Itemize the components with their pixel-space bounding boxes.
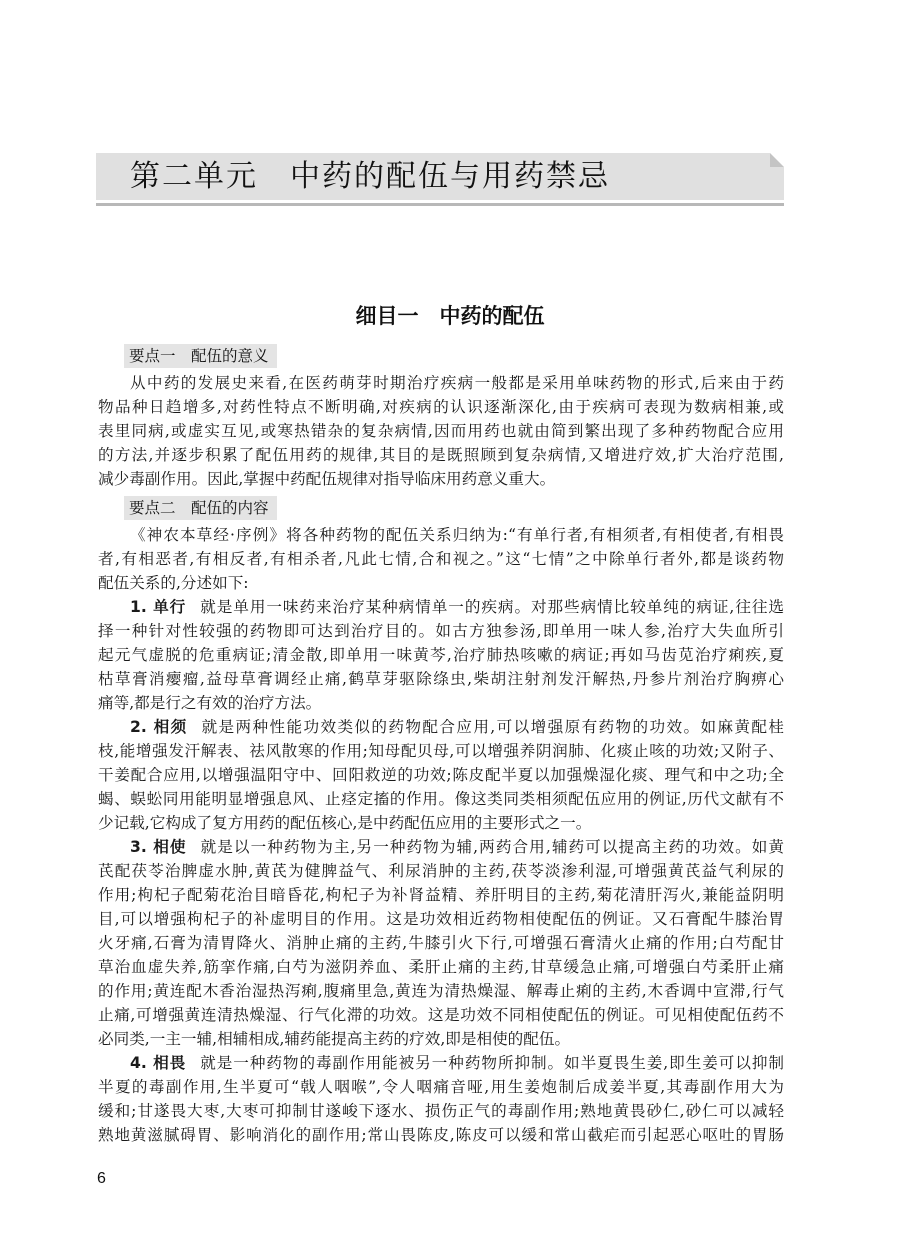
paragraph-text: 就是单用一味药来治疗某种病情单一的疾病。对那些病情比较单纯的病证,往往选 bbox=[200, 598, 784, 616]
item-term: 2. 相须 bbox=[130, 718, 188, 736]
paragraph-line: 火牙痛,石膏为清胃降火、消肿止痛的主药,牛膝引火下行,可增强石膏清火止痛的作用;… bbox=[98, 931, 784, 955]
item-term: 3. 相使 bbox=[130, 838, 187, 856]
paragraph-text: 就是一种药物的毒副作用能被另一种药物所抑制。如半夏畏生姜,即生姜可以抑制 bbox=[200, 1054, 784, 1072]
item-mutual-assistance-line: 3. 相使就是以一种药物为主,另一种药物为辅,两药合用,辅药可以提高主药的功效。… bbox=[130, 835, 784, 859]
paragraph-line: 的方法,并逐步积累了配伍用药的规律,其目的是既照顾到复杂病情,又增进疗效,扩大治… bbox=[98, 443, 784, 467]
paragraph-line: 表里同病,或虚实互见,或寒热错杂的复杂病情,因而用药也就由简到繁出现了多种药物配… bbox=[98, 419, 784, 443]
paragraph-line: 干姜配合应用,以增强温阳守中、回阳救逆的功效;陈皮配半夏以加强燥湿化痰、理气和中… bbox=[98, 763, 784, 787]
unit-title: 第二单元 中药的配伍与用药禁忌 bbox=[130, 153, 610, 200]
paragraph-line: 半夏的毒副作用,生半夏可“戟人咽喉”,令人咽痛音哑,用生姜炮制后成姜半夏,其毒副… bbox=[98, 1075, 784, 1099]
item-term: 1. 单行 bbox=[130, 598, 186, 616]
paragraph-line: 痛等,都是行之有效的治疗方法。 bbox=[98, 691, 784, 715]
paragraph-line: 蝎、蜈蚣同用能明显增强息风、止痉定搐的作用。像这类同类相须配伍应用的例证,历代文… bbox=[98, 787, 784, 811]
paragraph-line: 《神农本草经·序例》将各种药物的配伍关系归纳为:“有单行者,有相须者,有相使者,… bbox=[130, 523, 784, 547]
paragraph-line: 目,可以增强枸杞子的补虚明目的作用。这是功效相近药物相使配伍的例证。又石膏配牛膝… bbox=[98, 907, 784, 931]
paragraph-line: 减少毒副作用。因此,掌握中药配伍规律对指导临床用药意义重大。 bbox=[98, 467, 784, 491]
paragraph-line: 枝,能增强发汗解表、祛风散寒的作用;知母配贝母,可以增强养阴润肺、化痰止咳的功效… bbox=[98, 739, 784, 763]
paragraph-line: 缓和;甘遂畏大枣,大枣可抑制甘遂峻下逐水、损伤正气的毒副作用;熟地黄畏砂仁,砂仁… bbox=[98, 1099, 784, 1123]
item-mutual-reinforcement-line: 2. 相须就是两种性能功效类似的药物配合应用,可以增强原有药物的功效。如麻黄配桂 bbox=[130, 715, 784, 739]
banner-underline bbox=[96, 203, 784, 206]
item-mutual-restraint-line: 4. 相畏就是一种药物的毒副作用能被另一种药物所抑制。如半夏畏生姜,即生姜可以抑… bbox=[130, 1051, 784, 1075]
subject-title: 细目一 中药的配伍 bbox=[0, 300, 900, 330]
page-number: 6 bbox=[97, 1170, 106, 1188]
paragraph-line: 物品种日趋增多,对药性特点不断明确,对疾病的认识逐渐深化,由于疾病可表现为数病相… bbox=[98, 395, 784, 419]
paragraph-line: 草治血虚失养,筋挛作痛,白芍为滋阴养血、柔肝止痛的主药,甘草缓急止痛,可增强白芍… bbox=[98, 955, 784, 979]
paragraph-text: 就是以一种药物为主,另一种药物为辅,两药合用,辅药可以提高主药的功效。如黄 bbox=[201, 838, 784, 856]
point-header-content: 要点二 配伍的内容 bbox=[124, 496, 277, 520]
paragraph-line: 择一种针对性较强的药物即可达到治疗目的。如古方独参汤,即单用一味人参,治疗大失血… bbox=[98, 619, 784, 643]
paragraph-line: 熟地黄滋腻碍胃、影响消化的副作用;常山畏陈皮,陈皮可以缓和常山截疟而引起恶心呕吐… bbox=[98, 1123, 784, 1147]
paragraph-line: 的作用;黄连配木香治湿热泻痢,腹痛里急,黄连为清热燥湿、解毒止痢的主药,木香调中… bbox=[98, 979, 784, 1003]
point-header-significance: 要点一 配伍的意义 bbox=[124, 344, 277, 368]
paragraph-line: 少记载,它构成了复方用药的配伍核心,是中药配伍应用的主要形式之一。 bbox=[98, 811, 784, 835]
paragraph-line: 枯草膏消瘿瘤,益母草膏调经止痛,鹤草芽驱除绦虫,柴胡注射剂发汗解热,丹参片剂治疗… bbox=[98, 667, 784, 691]
paragraph-line: 配伍关系的,分述如下: bbox=[98, 571, 784, 595]
paragraph-line: 必同类,一主一辅,相辅相成,辅药能提高主药的疗效,即是相使的配伍。 bbox=[98, 1027, 784, 1051]
paragraph-line: 止痛,可增强黄连清热燥湿、行气化滞的功效。这是功效不同相使配伍的例证。可见相使配… bbox=[98, 1003, 784, 1027]
paragraph-text: 就是两种性能功效类似的药物配合应用,可以增强原有药物的功效。如麻黄配桂 bbox=[202, 718, 784, 736]
paragraph-line: 者,有相恶者,有相反者,有相杀者,凡此七情,合和视之。”这“七情”之中除单行者外… bbox=[98, 547, 784, 571]
paragraph-line: 起元气虚脱的危重病证;清金散,即单用一味黄芩,治疗肺热咳嗽的病证;再如马齿苋治疗… bbox=[98, 643, 784, 667]
paragraph-line: 从中药的发展史来看,在医药萌芽时期治疗疾病一般都是采用单味药物的形式,后来由于药 bbox=[130, 371, 784, 395]
item-term: 4. 相畏 bbox=[130, 1054, 186, 1072]
folded-corner-shade bbox=[770, 153, 784, 167]
item-single-use-line: 1. 单行就是单用一味药来治疗某种病情单一的疾病。对那些病情比较单纯的病证,往往… bbox=[130, 595, 784, 619]
paragraph-line: 芪配茯苓治脾虚水肿,黄芪为健脾益气、利尿消肿的主药,茯苓淡渗利湿,可增强黄芪益气… bbox=[98, 859, 784, 883]
paragraph-line: 作用;枸杞子配菊花治目暗昏花,枸杞子为补肾益精、养肝明目的主药,菊花清肝泻火,兼… bbox=[98, 883, 784, 907]
